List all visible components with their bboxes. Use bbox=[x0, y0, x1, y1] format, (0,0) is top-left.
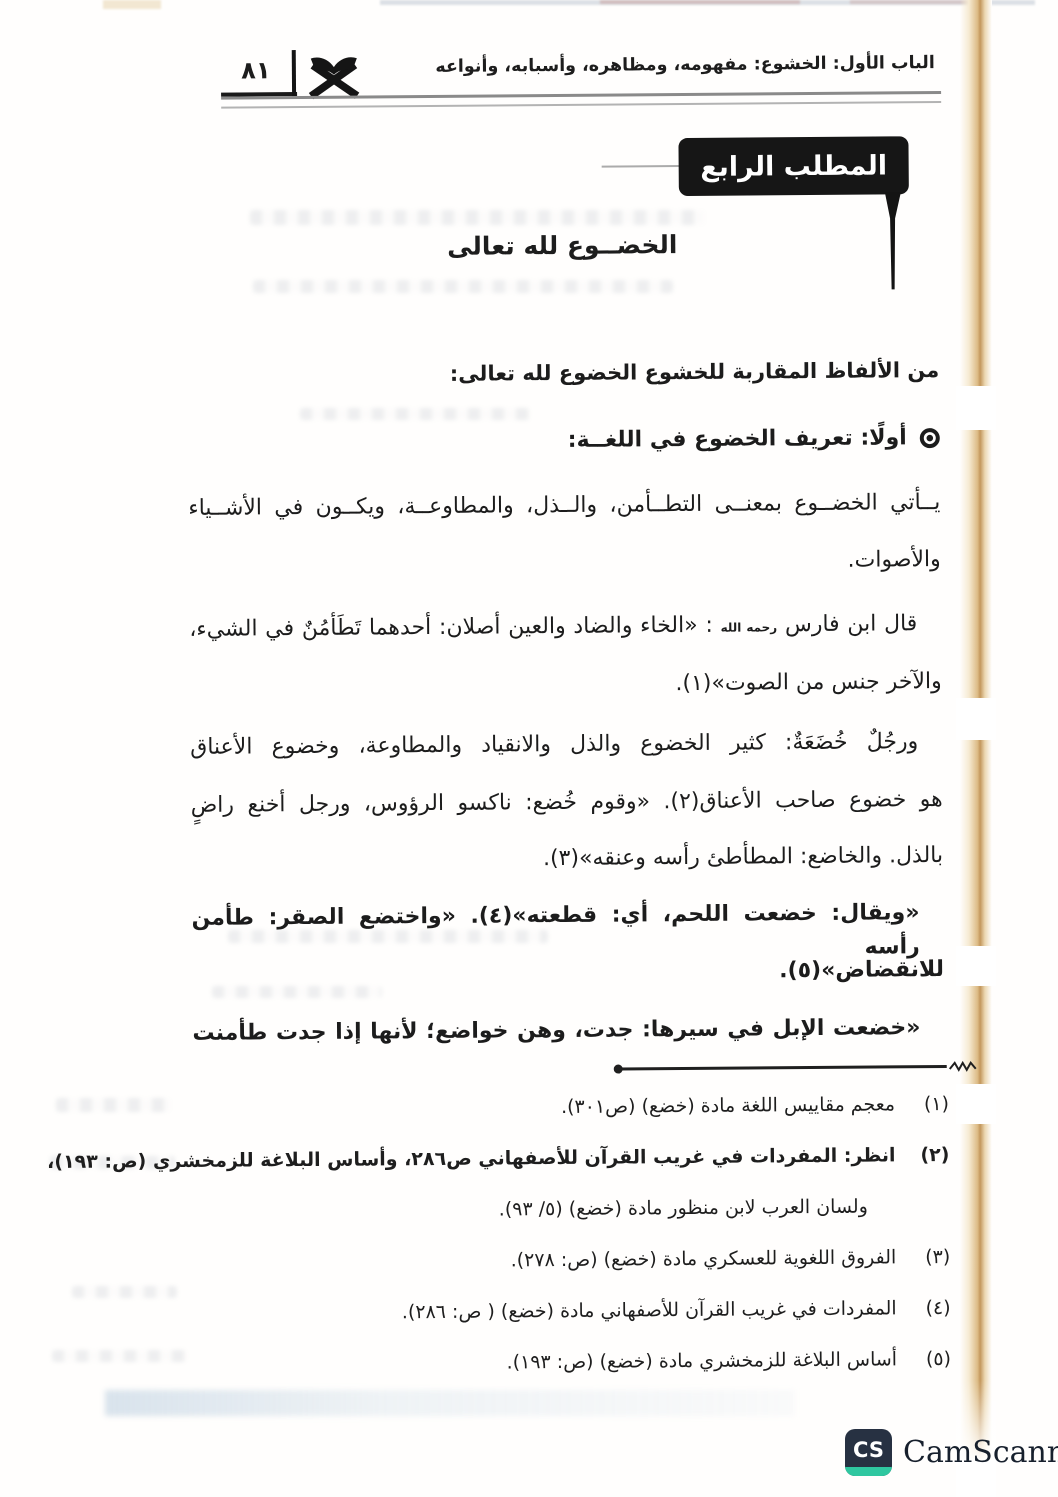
footnote-1: (١) معجم مقاييس اللغة مادة (خضع) (ص٣٠١). bbox=[191, 1089, 949, 1125]
footnote-number: (٥) bbox=[897, 1344, 951, 1374]
footnote-number: (٢) bbox=[895, 1140, 949, 1170]
paragraph-1-line-2: والأصوات. bbox=[189, 543, 941, 583]
footnote-number: (٤) bbox=[897, 1293, 951, 1323]
paragraph-1-line-1: يــأتي الخضــوع بمعنــى التطــأمن، والــ… bbox=[188, 486, 940, 526]
camscanner-icon-accent bbox=[845, 1467, 892, 1476]
p2-text-after-seal: : «الخاء والضاد والعين أصلان: أحدهما تَط… bbox=[189, 613, 713, 642]
footnote-text: أساس البلاغة للزمخشري مادة (خضع) (ص: ١٩٣… bbox=[507, 1344, 898, 1377]
footnote-2: (٢) انظر: المفردات في غريب القرآن للأصفه… bbox=[191, 1140, 949, 1176]
p2-text-before-seal: قال ابن فارس bbox=[785, 611, 918, 637]
footnote-text: الفروق اللغوية للعسكري مادة (خضع) (ص: ٢٧… bbox=[511, 1242, 897, 1275]
camscanner-watermark: CS CamScanner bbox=[845, 1429, 1058, 1476]
page-content: ٨١ الباب الأول: الخشوع: مفهومه، ومظاهره،… bbox=[0, 0, 1058, 1497]
footnote-number bbox=[896, 1191, 950, 1221]
topic-box: المطلب الرابع bbox=[678, 136, 908, 196]
scanned-book-page: ٨١ الباب الأول: الخشوع: مفهومه، ومظاهره،… bbox=[0, 0, 1058, 1497]
header-divider-bar bbox=[292, 50, 296, 96]
paragraph-3-line-2: هو خضوع صاحب الأعناق(٢). «وقوم خُضع: ناك… bbox=[191, 783, 943, 823]
camscanner-label: CamScanner bbox=[903, 1435, 1058, 1470]
footnote-text: انظر: المفردات في غريب القرآن للأصفهاني … bbox=[47, 1140, 896, 1177]
footnote-text: المفردات في غريب القرآن للأصفهاني مادة (… bbox=[402, 1293, 897, 1327]
footnote-separator bbox=[621, 1065, 947, 1071]
intro-line: من الألفاظ المقاربة للخشوع الخضوع لله تع… bbox=[187, 353, 939, 393]
first-heading: أولًا: تعريف الخضوع في اللغــة: bbox=[188, 421, 940, 461]
footnote-3: (٣) الفروق اللغوية للعسكري مادة (خضع) (ص… bbox=[192, 1242, 950, 1278]
paragraph-2-line-2: والآخر جنس من الصوت»(١). bbox=[190, 665, 942, 705]
footnote-number: (١) bbox=[895, 1089, 949, 1119]
footnote-number: (٣) bbox=[896, 1242, 950, 1272]
rahimahullah-seal: رحمه الله bbox=[721, 620, 778, 634]
footnote-text: معجم مقاييس اللغة مادة (خضع) (ص٣٠١). bbox=[561, 1089, 895, 1122]
topic-box-side-line bbox=[602, 165, 680, 168]
footnote-text: ولسان العرب لابن منظور مادة (خضع) (٥/ ٩٣… bbox=[499, 1191, 896, 1224]
running-header-title: الباب الأول: الخشوع: مفهومه، ومظاهره، وأ… bbox=[435, 53, 935, 77]
camscanner-icon-text: CS bbox=[853, 1438, 884, 1462]
paragraph-3-line-3: بالذل. والخاضع: المطأطئ رأسه وعنقه»(٣). bbox=[191, 839, 943, 879]
footnotes: (١) معجم مقاييس اللغة مادة (خضع) (ص٣٠١).… bbox=[191, 1089, 951, 1401]
footnote-5: (٥) أساس البلاغة للزمخشري مادة (خضع) (ص:… bbox=[193, 1344, 951, 1380]
page-number: ٨١ bbox=[225, 56, 287, 84]
section-title: الخضــوع لله تعالى bbox=[186, 228, 938, 263]
footnote-2-continuation: ولسان العرب لابن منظور مادة (خضع) (٥/ ٩٣… bbox=[192, 1191, 950, 1227]
paragraph-3-line-1: ورجُلٌ خُضَعَةٌ: كثير الخضوع والذل والان… bbox=[190, 725, 942, 765]
paragraph-2-line-1: قال ابن فارس رحمه الله : «الخاء والضاد و… bbox=[189, 607, 941, 649]
paragraph-5-line-1: «خضعت الإبل في سيرها: جدت، وهن خواضع؛ لأ… bbox=[192, 1011, 944, 1051]
flower-bullet-icon bbox=[920, 428, 940, 448]
footnote-separator-squiggle bbox=[949, 1059, 977, 1078]
first-heading-text: أولًا: تعريف الخضوع في اللغــة: bbox=[568, 425, 907, 453]
footnote-4: (٤) المفردات في غريب القرآن للأصفهاني ما… bbox=[193, 1293, 951, 1329]
paragraph-4-line-2: للانقضاض»(٥). bbox=[192, 953, 944, 993]
camscanner-icon: CS bbox=[845, 1429, 892, 1476]
footnote-separator-dot bbox=[614, 1065, 623, 1074]
